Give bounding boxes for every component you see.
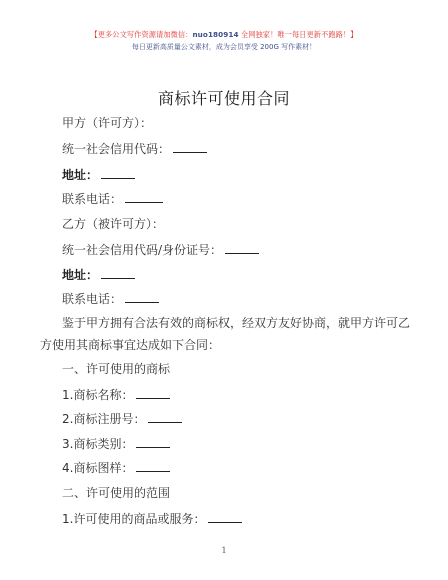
wechat-id: nuo180914	[192, 30, 238, 39]
page-number: 1	[0, 546, 448, 555]
section-1-item: 1.商标名称：	[62, 386, 170, 403]
party-b-address-blank[interactable]	[101, 267, 135, 279]
party-b-address: 地址：	[62, 266, 135, 283]
trademark-name-blank[interactable]	[136, 387, 170, 399]
preamble-paragraph: 鉴于甲方拥有合法有效的商标权，经双方友好协商，就甲方许可乙方使用其商标事宜达成如…	[40, 312, 410, 356]
trademark-image-blank[interactable]	[136, 460, 170, 472]
trademark-class-blank[interactable]	[136, 436, 170, 448]
section-2-heading: 二、许可使用的范围	[62, 484, 170, 501]
section-1-heading: 一、许可使用的商标	[62, 360, 170, 377]
party-b-credit-code: 统一社会信用代码/身份证号：	[62, 241, 259, 258]
section-1-item: 4.商标图样：	[62, 459, 170, 476]
party-a-address-blank[interactable]	[101, 167, 135, 179]
section-2-item: 1.许可使用的商品或服务：	[62, 510, 242, 527]
party-a-credit-code: 统一社会信用代码：	[62, 140, 207, 157]
party-b-credit-code-blank[interactable]	[225, 242, 259, 254]
licensed-goods-label: 1.许可使用的商品或服务：	[62, 512, 205, 526]
trademark-image-label: 4.商标图样：	[62, 461, 133, 475]
party-a-credit-code-blank[interactable]	[173, 141, 207, 153]
trademark-name-label: 1.商标名称：	[62, 388, 133, 402]
promo-suffix: 全网独家！唯一每日更新不跑路！】	[239, 30, 358, 39]
trademark-reg-no-blank[interactable]	[148, 411, 182, 423]
section-1-item: 3.商标类别：	[62, 435, 170, 452]
promo-banner-line-1: 【更多公文写作资源请加微信：nuo180914 全网独家！唯一每日更新不跑路！】	[0, 30, 448, 40]
licensed-goods-blank[interactable]	[208, 511, 242, 523]
party-b-address-label: 地址：	[62, 268, 98, 282]
party-a-credit-code-label: 统一社会信用代码：	[62, 142, 170, 156]
party-b-phone-blank[interactable]	[125, 291, 159, 303]
promo-banner-line-2: 每日更新高质量公文素材，成为会员享受 200G 写作素材！	[0, 42, 448, 52]
party-a-phone-label: 联系电话：	[62, 192, 122, 206]
party-a-phone-blank[interactable]	[125, 191, 163, 203]
party-a-phone: 联系电话：	[62, 190, 163, 207]
trademark-reg-no-label: 2.商标注册号：	[62, 412, 145, 426]
party-b-credit-code-label: 统一社会信用代码/身份证号：	[62, 243, 222, 257]
party-b-phone: 联系电话：	[62, 290, 159, 307]
party-b-heading: 乙方（被许可方）：	[62, 215, 164, 232]
party-a-address: 地址：	[62, 166, 135, 183]
party-a-heading: 甲方（许可方）：	[62, 114, 152, 131]
section-1-item: 2.商标注册号：	[62, 410, 182, 427]
party-a-address-label: 地址：	[62, 168, 98, 182]
preamble-text: 鉴于甲方拥有合法有效的商标权，经双方友好协商，就甲方许可乙方使用其商标事宜达成如…	[40, 316, 410, 352]
party-b-phone-label: 联系电话：	[62, 292, 122, 306]
promo-prefix: 【更多公文写作资源请加微信：	[90, 30, 192, 39]
trademark-class-label: 3.商标类别：	[62, 437, 133, 451]
document-title: 商标许可使用合同	[0, 86, 448, 109]
